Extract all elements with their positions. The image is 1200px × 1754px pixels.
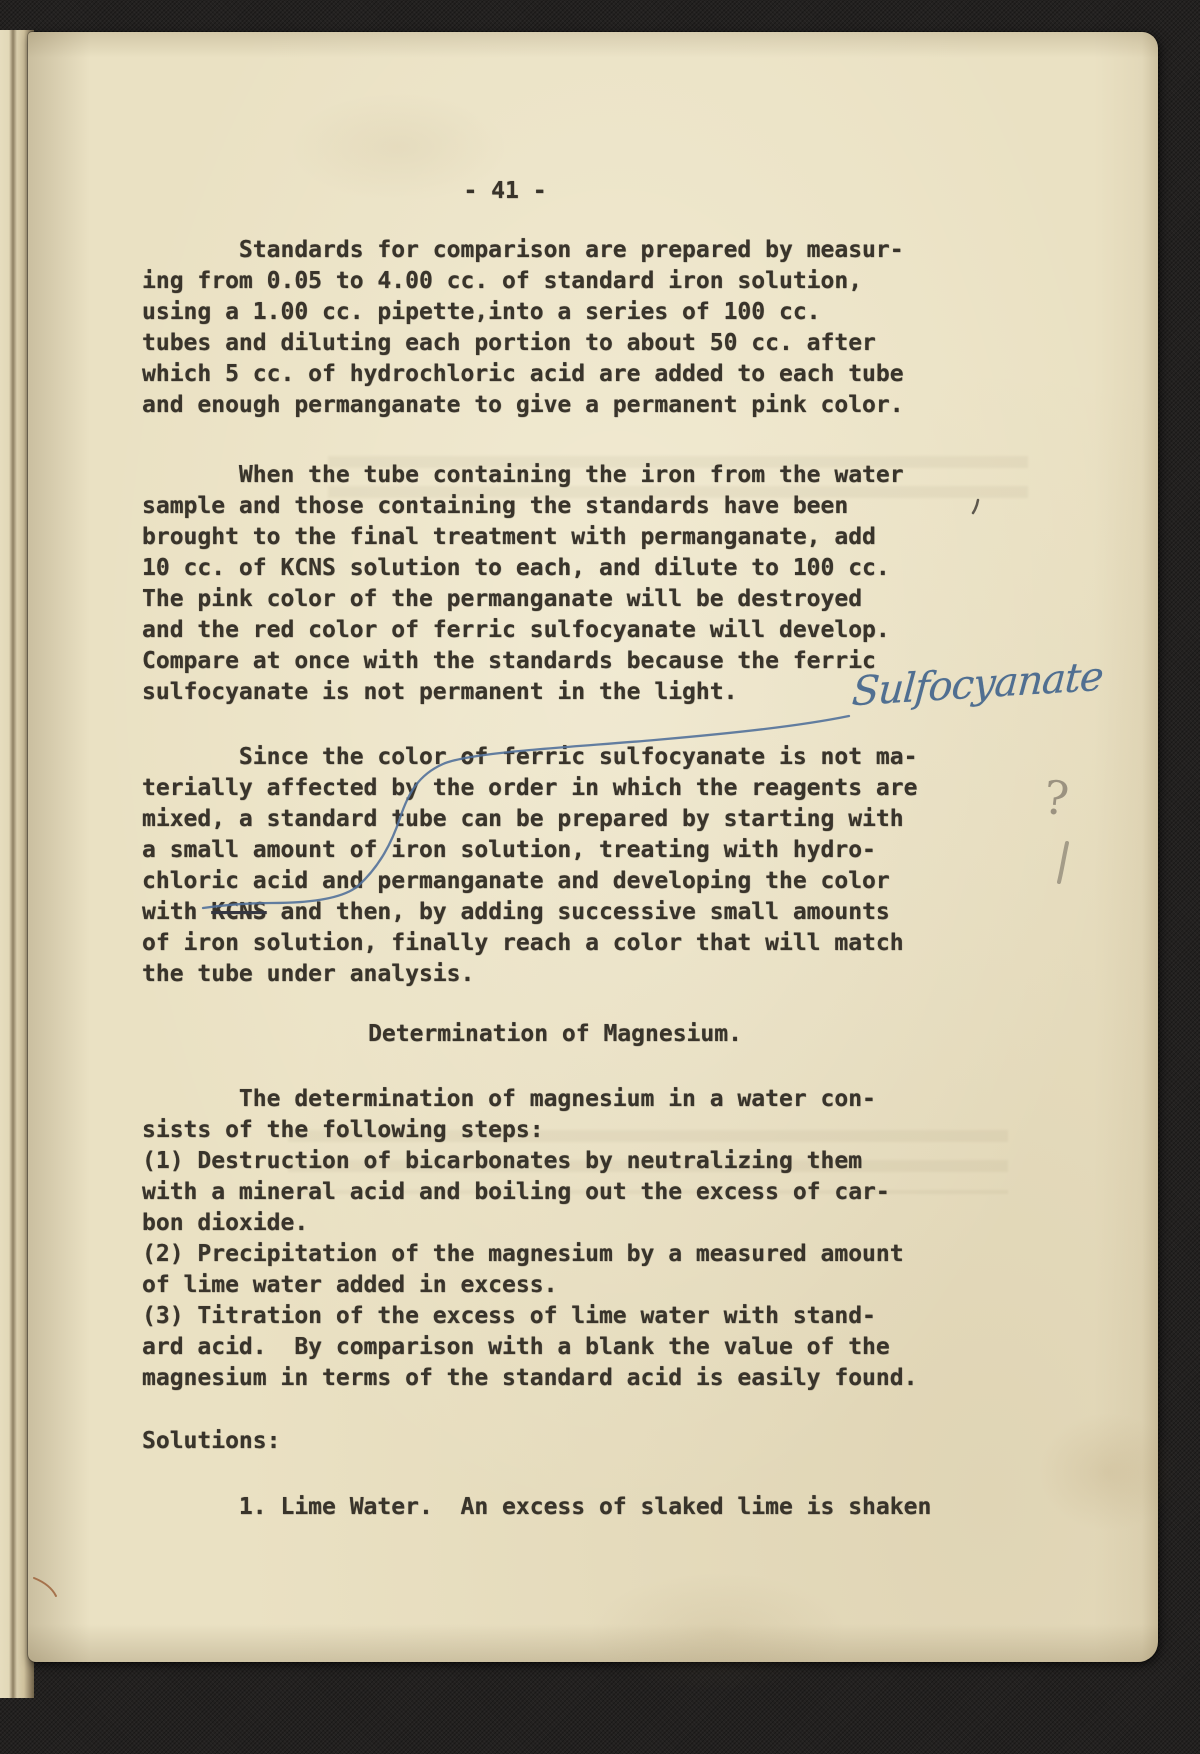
section-heading: Determination of Magnesium. [160,1019,950,1050]
paper-stain [1038,1412,1178,1532]
solutions-label: Solutions: [142,1426,280,1457]
struck-word-kcns: KCNS [211,899,266,925]
paragraph-since-before: Since the color of ferric sulfocyanate i… [142,744,917,925]
scanned-book-photo: - 41 - Standards for comparison are prep… [0,0,1200,1754]
paragraph-magnesium-steps: The determination of magnesium in a wate… [142,1084,917,1394]
paragraph-standards: Standards for comparison are prepared by… [142,235,904,421]
paragraph-kcns-procedure: When the tube containing the iron from t… [142,460,904,708]
paper-stain [588,1572,848,1692]
paragraph-since-color: Since the color of ferric sulfocyanate i… [142,742,917,990]
margin-question-mark: ? [1042,773,1072,823]
solution-1-line: 1. Lime Water. An excess of slaked lime … [142,1492,931,1523]
page-number: - 41 - [110,176,900,207]
